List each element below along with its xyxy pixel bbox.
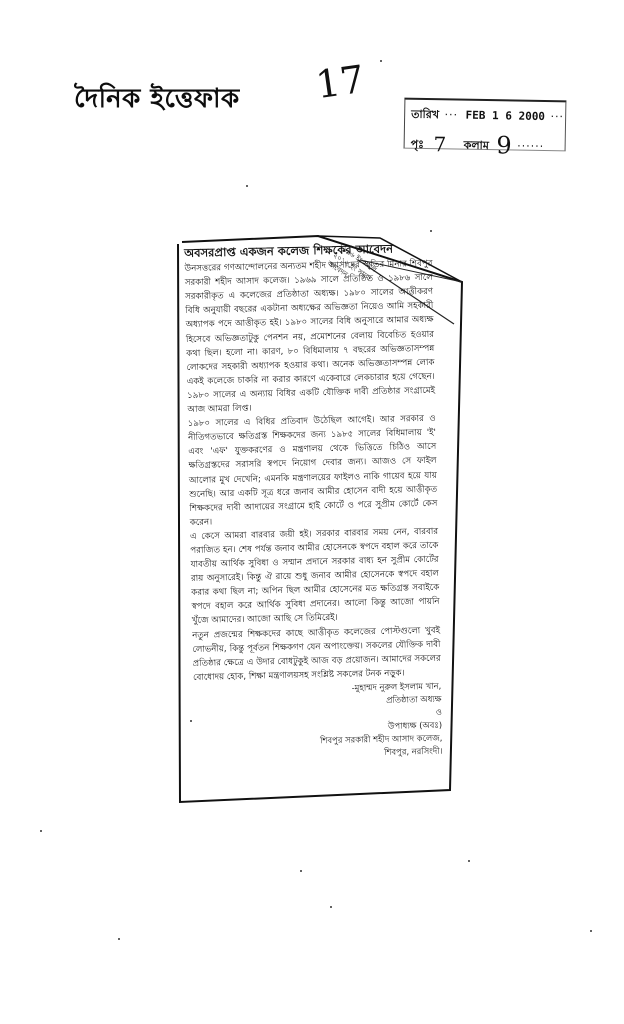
- date-stamp: তারিখ ··· FEB 1 6 2000 ··· পৃঃ 7 কলাম 9 …: [404, 98, 567, 152]
- signature-block: -মুহাম্মদ নুরুল ইসলাম খান, প্রতিষ্ঠাতা অ…: [193, 680, 443, 763]
- stamp-date-row: তারিখ ··· FEB 1 6 2000 ···: [411, 106, 564, 128]
- stamp-page-label: পৃঃ: [411, 138, 425, 151]
- stamp-date-label: তারিখ: [411, 108, 439, 121]
- stamp-page-row: পৃঃ 7 কলাম 9 ······: [410, 126, 544, 157]
- stamp-column-label: কলাম: [464, 139, 489, 152]
- clipping-paragraph: এ কেসে আমরা বারবার জয়ী হই। সরকার বারবার…: [190, 525, 440, 629]
- stamp-column-value: 9: [496, 131, 512, 159]
- clipping-body: অবসরপ্রাপ্ত একজন কলেজ শিক্ষকের আবেদন উনস…: [184, 241, 443, 763]
- newspaper-clipping: ১৯৯৬ ইং সালে ২০১২ ইং সালে আবেদন অবসরপ্রা…: [176, 240, 462, 800]
- stamp-date-value: FEB 1 6 2000: [465, 109, 545, 123]
- clipping-paragraph: নতুন প্রজন্মের শিক্ষকদের কাছে আত্তীকৃত ক…: [192, 623, 441, 685]
- handwritten-page-mark: 17: [313, 57, 367, 107]
- stamp-dots: ······: [517, 140, 544, 153]
- clipping-paragraph: ১৯৮০ সালের এ বিধির প্রতিবাদ উঠেছিল আগেই।…: [188, 412, 438, 530]
- clipping-paragraph: উনসত্তরের গণআন্দোলনের অন্যতম শহীদ আসাদের…: [184, 257, 435, 417]
- newspaper-masthead: দৈনিক ইত্তেফাক: [74, 78, 240, 122]
- stamp-page-value: 7: [433, 132, 446, 156]
- stamp-dots: ···: [550, 110, 564, 123]
- stamp-dots: ···: [444, 108, 458, 121]
